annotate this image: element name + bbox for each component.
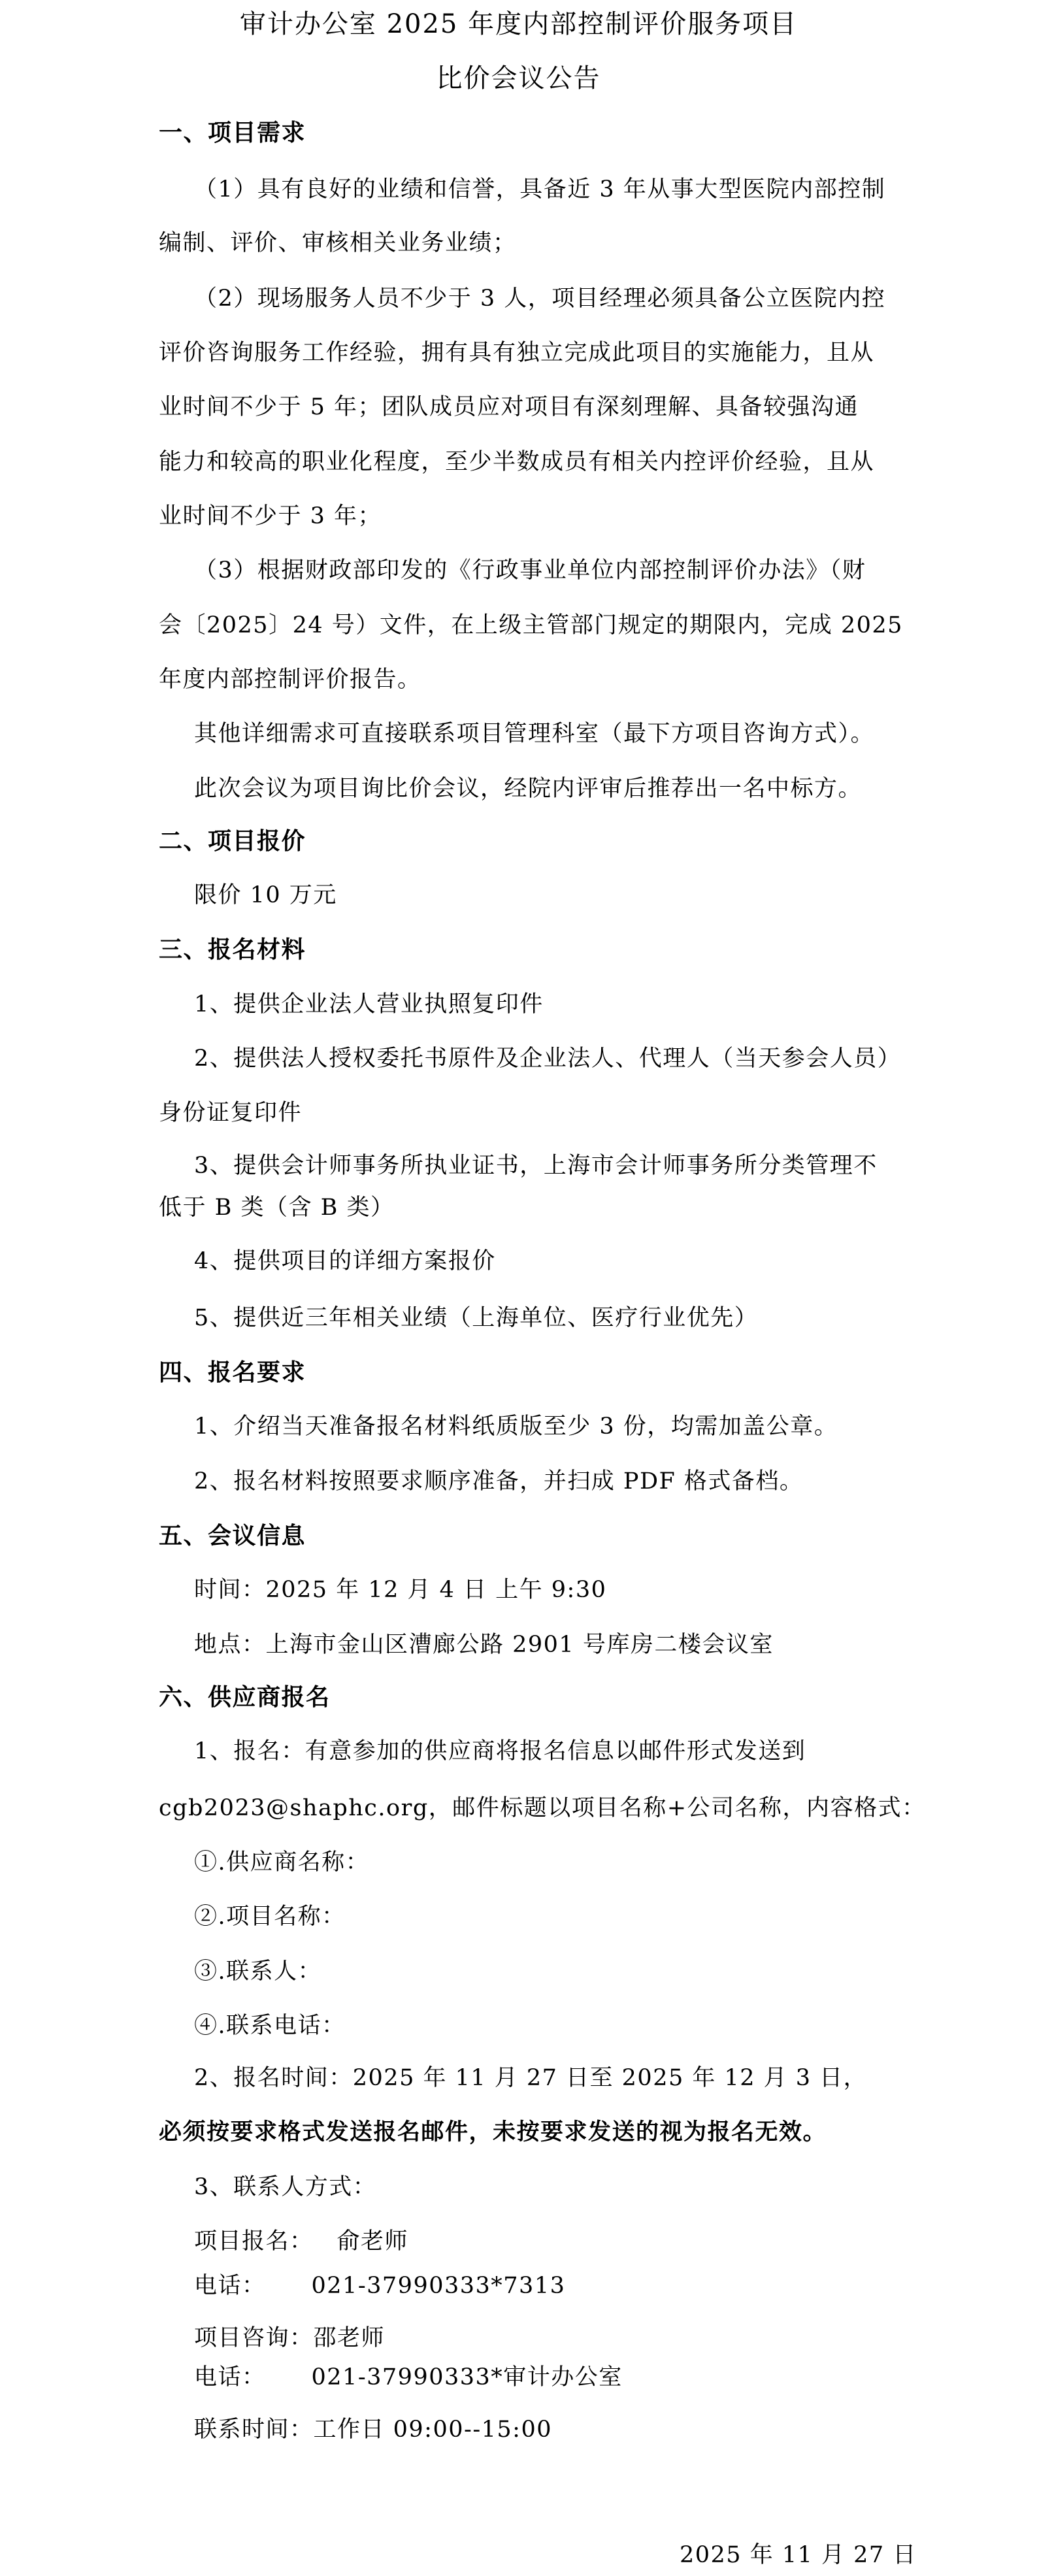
registration-email-line: cgb2023@shaphc.org，邮件标题以项目名称+公司名称，内容格式：: [159, 1794, 926, 1823]
list-item: 3、提供会计师事务所执业证书，上海市会计师事务所分类管理不: [194, 1151, 878, 1180]
registration-warning: 必须按要求格式发送报名邮件，未按要求发送的视为报名无效。: [159, 2118, 827, 2147]
announcement-document: 审计办公室 2025 年度内部控制评价服务项目 比价会议公告 一、项目需求 （1…: [0, 0, 1037, 2576]
document-subtitle: 比价会议公告: [0, 62, 1037, 95]
list-item: 2、报名材料按照要求顺序准备，并扫成 PDF 格式备档。: [194, 1467, 803, 1496]
list-item: 5、提供近三年相关业绩（上海单位、医疗行业优先）: [194, 1304, 758, 1332]
document-title: 审计办公室 2025 年度内部控制评价服务项目: [0, 8, 1037, 41]
paragraph-line: 业时间不少于 3 年；: [159, 502, 382, 531]
section-heading-meeting-info: 五、会议信息: [159, 1521, 306, 1550]
meeting-time: 时间：2025 年 12 月 4 日 上午 9:30: [194, 1576, 606, 1604]
list-item: 1、介绍当天准备报名材料纸质版至少 3 份，均需加盖公章。: [194, 1412, 838, 1441]
announcement-date: 2025 年 11 月 27 日: [680, 2541, 917, 2569]
contact-register-name: 俞老师: [337, 2228, 409, 2254]
contact-register: 项目报名：俞老师: [194, 2227, 408, 2256]
meeting-location: 地点：上海市金山区漕廊公路 2901 号库房二楼会议室: [194, 1630, 774, 1659]
contact-phone-1-label: 电话：: [194, 2273, 266, 2299]
paragraph-line: 会〔2025〕24 号）文件，在上级主管部门规定的期限内，完成 2025: [159, 611, 903, 640]
format-field-phone: ④.联系电话：: [194, 2011, 346, 2040]
contact-phone-1: 电话：021-37990333*7313: [194, 2271, 565, 2300]
registration-period: 2、报名时间：2025 年 11 月 27 日至 2025 年 12 月 3 日…: [194, 2064, 867, 2092]
section-heading-materials: 三、报名材料: [159, 935, 306, 964]
list-item: 4、提供项目的详细方案报价: [194, 1247, 496, 1276]
paragraph-line: 能力和较高的职业化程度，至少半数成员有相关内控评价经验，且从: [159, 448, 874, 476]
list-item: 1、报名：有意参加的供应商将报名信息以邮件形式发送到: [194, 1737, 806, 1766]
paragraph-line: （1）具有良好的业绩和信誉，具备近 3 年从事大型医院内部控制: [194, 175, 885, 204]
section-heading-price: 二、项目报价: [159, 827, 306, 855]
paragraph-line: （2）现场服务人员不少于 3 人，项目经理必须具备公立医院内控: [194, 284, 885, 313]
paragraph-line: 业时间不少于 5 年；团队成员应对项目有深刻理解、具备较强沟通: [159, 393, 859, 421]
section-heading-registration-requirements: 四、报名要求: [159, 1358, 306, 1387]
contact-hours: 联系时间：工作日 09:00--15:00: [194, 2415, 552, 2444]
paragraph-line: 年度内部控制评价报告。: [159, 665, 421, 694]
section-heading-requirements: 一、项目需求: [159, 118, 306, 147]
paragraph-line: 此次会议为项目询比价会议，经院内评审后推荐出一名中标方。: [194, 774, 862, 803]
list-item: 1、提供企业法人营业执照复印件: [194, 990, 544, 1019]
list-item: 2、提供法人授权委托书原件及企业法人、代理人（当天参会人员）: [194, 1044, 901, 1073]
contact-phone-2-value: 021-37990333*审计办公室: [312, 2364, 623, 2390]
contact-consult-name: 邵老师: [314, 2325, 386, 2351]
contact-phone-2: 电话：021-37990333*审计办公室: [194, 2363, 623, 2392]
format-field-supplier-name: ①.供应商名称：: [194, 1848, 369, 1877]
list-item-continuation: 身份证复印件: [159, 1098, 302, 1127]
contact-methods-label: 3、联系人方式：: [194, 2173, 376, 2202]
paragraph-line: （3）根据财政部印发的《行政事业单位内部控制评价办法》（财: [194, 556, 866, 585]
format-field-project-name: ②.项目名称：: [194, 1902, 346, 1931]
contact-register-label: 项目报名：: [194, 2228, 314, 2254]
contact-phone-2-label: 电话：: [194, 2364, 266, 2390]
format-field-contact: ③.联系人：: [194, 1957, 321, 1986]
price-limit: 限价 10 万元: [194, 881, 337, 910]
paragraph-line: 编制、评价、审核相关业务业绩；: [159, 229, 517, 257]
paragraph-line: 其他详细需求可直接联系项目管理科室（最下方项目咨询方式）。: [194, 719, 874, 748]
section-heading-supplier-registration: 六、供应商报名: [159, 1683, 331, 1711]
paragraph-line: 评价咨询服务工作经验，拥有具有独立完成此项目的实施能力，且从: [159, 339, 874, 367]
contact-phone-1-value: 021-37990333*7313: [312, 2273, 566, 2299]
list-item-continuation: 低于 B 类（含 B 类）: [159, 1193, 394, 1222]
contact-consult: 项目咨询：邵老师: [194, 2324, 385, 2353]
contact-consult-label: 项目咨询：: [194, 2325, 314, 2351]
